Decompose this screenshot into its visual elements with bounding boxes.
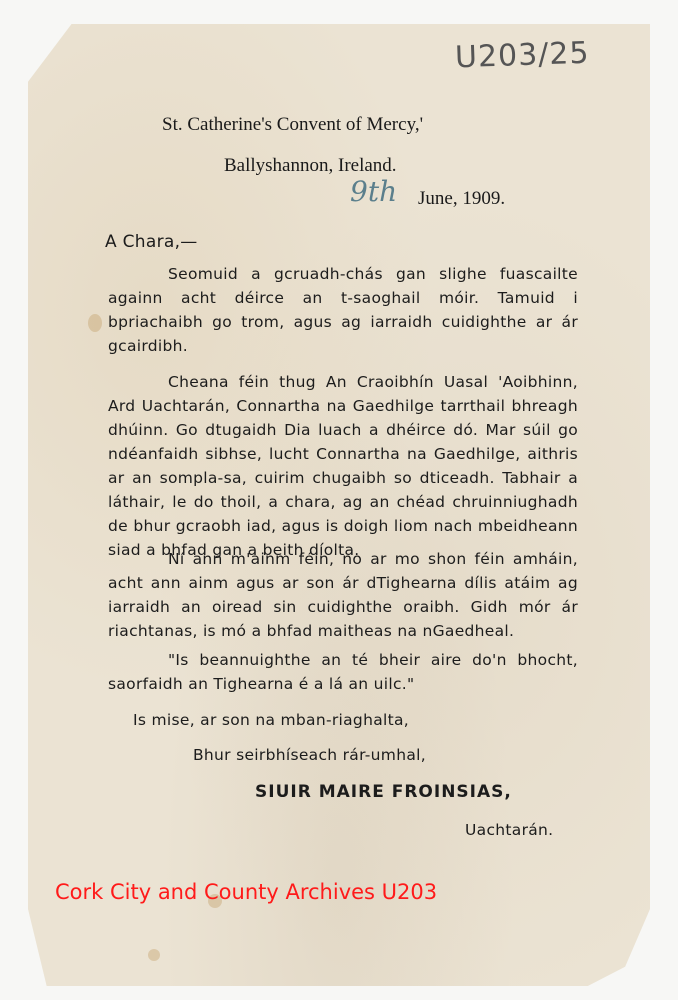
archive-watermark: Cork City and County Archives U203 bbox=[55, 880, 437, 904]
archive-reference: U203/25 bbox=[454, 36, 590, 76]
letter-date: June, 1909. bbox=[418, 188, 505, 210]
paper-stain bbox=[88, 314, 102, 332]
letterhead-institution: St. Catherine's Convent of Mercy,' bbox=[162, 114, 423, 136]
paper-stain bbox=[148, 949, 160, 961]
signatory-title: Uachtarán. bbox=[465, 818, 553, 842]
handwritten-day: 9th bbox=[350, 175, 397, 208]
quotation: "Is beannuighthe an té bheir aire do'n b… bbox=[108, 648, 578, 696]
paragraph-2: Cheana féin thug An Craoibhín Uasal 'Aoi… bbox=[108, 370, 578, 562]
salutation: A Chara,— bbox=[105, 230, 198, 254]
closing-line-2: Bhur seirbhíseach rár-umhal, bbox=[193, 743, 426, 767]
paragraph-1: Seomuid a gcruadh-chás gan slighe fuasca… bbox=[108, 262, 578, 358]
signature: SIUIR MAIRE FROINSIAS, bbox=[255, 780, 512, 804]
letterhead-location: Ballyshannon, Ireland. bbox=[224, 155, 397, 177]
closing-line-1: Is mise, ar son na mban-riaghalta, bbox=[133, 708, 409, 732]
paragraph-3: Ní ann m'ainm féin, no ar mo shon féin a… bbox=[108, 547, 578, 643]
